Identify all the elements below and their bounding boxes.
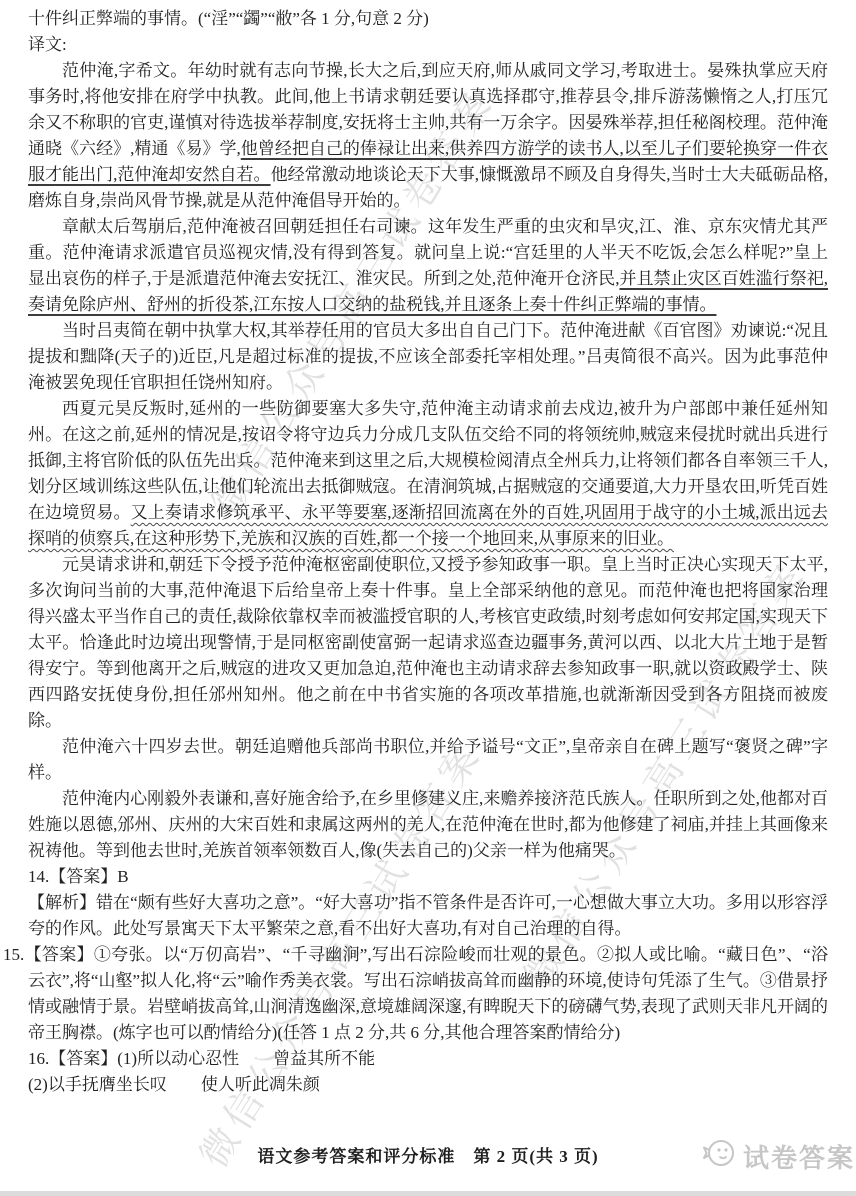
translation-para-7: 范仲淹内心刚毅外表谦和,喜好施舍给予,在乡里修建义庄,来赡养接济范氏族人。任职所… (28, 786, 828, 864)
mascot-icon (700, 1136, 738, 1177)
answer13-score-note: 十件纠正弊端的事情。(“淫”“蠲”“敝”各 1 分,句意 2 分) (28, 6, 828, 32)
translation-para-4: 西夏元昊反叛时,延州的一些防御要塞大多失守,范仲淹主动请求前去戍边,被升为户部郎… (28, 396, 828, 552)
answer-16-line-1: 16.【答案】(1)所以动心忍性 曾益其所不能 (28, 1046, 828, 1072)
wavy-text-segment: 又上奏请求修筑承平、永平等要塞,逐渐招回流离在外的百姓,巩固用于战守的小土城,派… (28, 503, 828, 548)
answer-14-analysis: 【解析】错在“颇有些好大喜功之意”。“好大喜功”指不管条件是否许可,一心想做大事… (28, 890, 828, 942)
answer-16-line-2: (2)以手抚膺坐长叹 使人听此凋朱颜 (28, 1072, 828, 1098)
brand-watermark: 试卷答案 (700, 1134, 856, 1178)
translation-para-5: 元昊请求讲和,朝廷下令授予范仲淹枢密副使职位,又授予参知政事一职。皇上当时正决心… (28, 552, 828, 734)
text-segment: (2)以手抚膺坐长叹 使人听此凋朱颜 (28, 1075, 320, 1094)
document-body: 十件纠正弊端的事情。(“淫”“蠲”“敝”各 1 分,句意 2 分)译文:范仲淹,… (28, 6, 828, 1098)
text-segment: 16.【答案】(1)所以动心忍性 曾益其所不能 (28, 1049, 375, 1068)
translation-para-3: 当时吕夷简在朝中执掌大权,其举荐任用的官员大多出自自己门下。范仲淹进献《百官图》… (28, 318, 828, 396)
text-segment: 范仲淹六十四岁去世。朝廷追赠他兵部尚书职位,并给予谥号“文正”,皇帝亲自在碑上题… (28, 737, 828, 782)
answer-15: 15.【答案】①夸张。以“万仞高岩”、“千寻幽涧”,写出石淙险峻而壮观的景色。②… (28, 942, 828, 1046)
text-segment: 译文: (28, 35, 67, 54)
text-segment: 元昊请求讲和,朝廷下令授予范仲淹枢密副使职位,又授予参知政事一职。皇上当时正决心… (28, 555, 828, 730)
text-segment: 十件纠正弊端的事情。(“淫”“蠲”“敝”各 1 分,句意 2 分) (28, 9, 429, 28)
translation-para-2: 章献太后驾崩后,范仲淹被召回朝廷担任右司谏。这年发生严重的虫灾和旱灾,江、淮、京… (28, 214, 828, 318)
translation-para-6: 范仲淹六十四岁去世。朝廷追赠他兵部尚书职位,并给予谥号“文正”,皇帝亲自在碑上题… (28, 734, 828, 786)
text-segment: 15.【答案】①夸张。以“万仞高岩”、“千寻幽涧”,写出石淙险峻而壮观的景色。②… (3, 945, 828, 1042)
answer-14: 14.【答案】B (28, 864, 828, 890)
brand-text: 试卷答案 (743, 1138, 855, 1175)
text-segment: 14.【答案】B (28, 867, 129, 886)
text-segment: 【解析】错在“颇有些好大喜功之意”。“好大喜功”指不管条件是否许可,一心想做大事… (28, 893, 828, 938)
text-segment: 当时吕夷简在朝中执掌大权,其举荐任用的官员大多出自自己门下。范仲淹进献《百官图》… (28, 321, 828, 392)
scan-edge-strip (0, 1191, 856, 1196)
text-segment: 范仲淹内心刚毅外表谦和,喜好施舍给予,在乡里修建义庄,来赡养接济范氏族人。任职所… (28, 789, 828, 860)
translation-label: 译文: (28, 32, 828, 58)
translation-para-1: 范仲淹,字希文。年幼时就有志向节操,长大之后,到应天府,师从戚同文学习,考取进士… (28, 58, 828, 214)
